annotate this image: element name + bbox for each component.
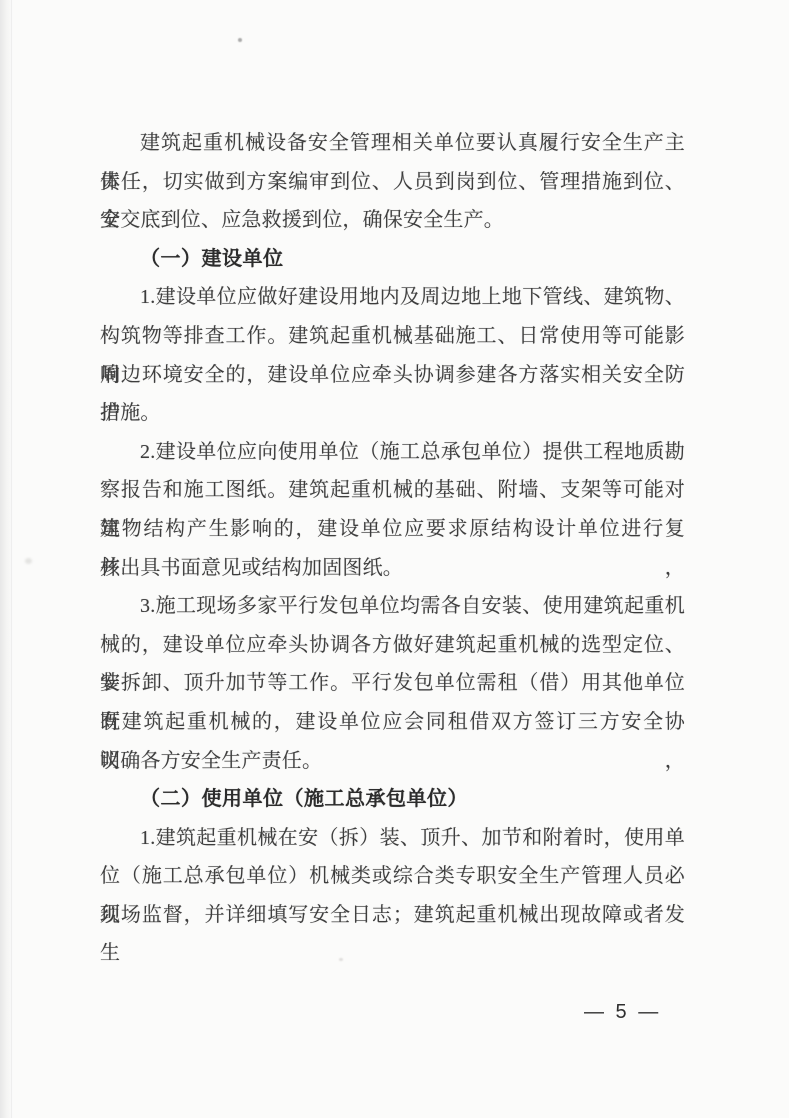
- text-line: 位（施工总承包单位）机械类或综合类专职安全生产管理人员必须: [100, 857, 685, 896]
- text-line: 现场监督，并详细填写安全日志；建筑起重机械出现故障或者发生: [100, 896, 685, 935]
- text-line: 筑物结构产生影响的，建设单位应要求原结构设计单位进行复核，: [100, 510, 685, 549]
- text-line: 3.施工现场多家平行发包单位均需各自安装、使用建筑起重机: [100, 587, 685, 626]
- text-line: 1.建筑起重机械在安（拆）装、顶升、加节和附着时，使用单: [100, 819, 685, 858]
- document-page: 建筑起重机械设备安全管理相关单位要认真履行安全生产主体责任，切实做到方案编审到位…: [0, 0, 789, 1118]
- section-heading: （一）建设单位: [100, 240, 685, 279]
- scan-speck: [25, 558, 32, 564]
- text-line: 2.建设单位应向使用单位（施工总承包单位）提供工程地质勘: [100, 433, 685, 472]
- text-line: 全交底到位、应急救援到位，确保安全生产。: [100, 201, 685, 240]
- text-line: 有建筑起重机械的，建设单位应会同租借双方签订三方安全协议，: [100, 703, 685, 742]
- text-line: 1.建设单位应做好建设用地内及周边地上地下管线、建筑物、: [100, 278, 685, 317]
- text-line: 械的，建设单位应牵头协调各方做好建筑起重机械的选型定位、安: [100, 626, 685, 665]
- text-line: 装拆卸、顶升加节等工作。平行发包单位需租（借）用其他单位既: [100, 664, 685, 703]
- section-heading: （二）使用单位（施工总承包单位）: [100, 780, 685, 819]
- document-body: 建筑起重机械设备安全管理相关单位要认真履行安全生产主体责任，切实做到方案编审到位…: [100, 124, 685, 934]
- text-line: 建筑起重机械设备安全管理相关单位要认真履行安全生产主体: [100, 124, 685, 163]
- text-line: 责任，切实做到方案编审到位、人员到岗到位、管理措施到位、安: [100, 163, 685, 202]
- scan-edge-shadow: [0, 0, 13, 1118]
- text-line: 周边环境安全的，建设单位应牵头协调参建各方落实相关安全防护: [100, 356, 685, 395]
- text-line: 措施。: [100, 394, 685, 433]
- page-number: — 5 —: [584, 998, 661, 1026]
- text-line: 构筑物等排查工作。建筑起重机械基础施工、日常使用等可能影响: [100, 317, 685, 356]
- scan-speck: [238, 38, 242, 42]
- text-line: 察报告和施工图纸。建筑起重机械的基础、附墙、支架等可能对建: [100, 471, 685, 510]
- scan-speck: [339, 958, 343, 961]
